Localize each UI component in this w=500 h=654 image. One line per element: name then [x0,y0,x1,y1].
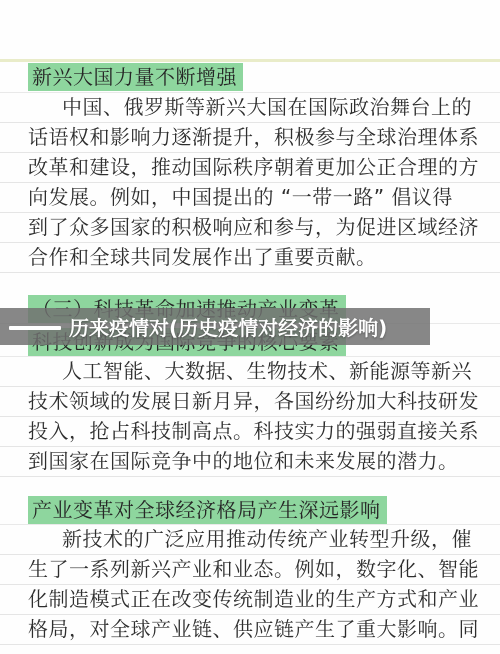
paragraph-line: 生了一系列新兴产业和业态。例如，数字化、智能 [0,554,500,585]
paragraph-line: 话语权和影响力逐渐提升，积极参与全球治理体系 [0,122,500,153]
paragraph-line: 合作和全球共同发展作出了重要贡献。 [0,242,500,273]
section-heading-row: 新兴大国力量不断增强 [0,63,500,93]
section-heading-highlight: 新兴大国力量不断增强 [28,63,243,91]
section-heading-highlight: 产业变革对全球经济格局产生深远影响 [28,496,387,524]
paragraph-line: 人工智能、大数据、生物技术、新能源等新兴 [0,356,500,387]
paragraph-line: 到了众多国家的积极响应和参与，为促进区域经济 [0,212,500,243]
banner-title: 历来疫情对(历史疫情对经济的影响) [69,312,387,341]
paragraph-line: 投入，抢占科技制高点。科技实力的强弱直接关系 [0,416,500,447]
document-page: 新兴大国力量不断增强 中国、俄罗斯等新兴大国在国际政治舞台上的 话语权和影响力逐… [0,0,500,654]
section-heading-row: 产业变革对全球经济格局产生深远影响 [0,496,500,525]
top-divider-line [0,59,500,62]
paragraph-line: 改革和建设，推动国际秩序朝着更加公正合理的方 [0,152,500,183]
paragraph-line: 格局，对全球产业链、供应链产生了重大影响。同 [0,614,500,645]
paragraph-line: 技术领域的发展日新月异，各国纷纷加大科技研发 [0,386,500,417]
paragraph-line: 到国家在国际竞争中的地位和未来发展的潜力。 [0,446,500,477]
paragraph-line: 中国、俄罗斯等新兴大国在国际政治舞台上的 [0,92,500,123]
watermark-banner: 历来疫情对(历史疫情对经济的影响) [0,308,430,345]
paragraph-line: 新技术的广泛应用推动传统产业转型升级，催 [0,524,500,555]
banner-dash-icon [9,326,61,330]
paragraph-line: 向发展。例如，中国提出的 “一带一路” 倡议得 [0,182,500,213]
paragraph-line: 化制造模式正在改变传统制造业的生产方式和产业 [0,584,500,615]
